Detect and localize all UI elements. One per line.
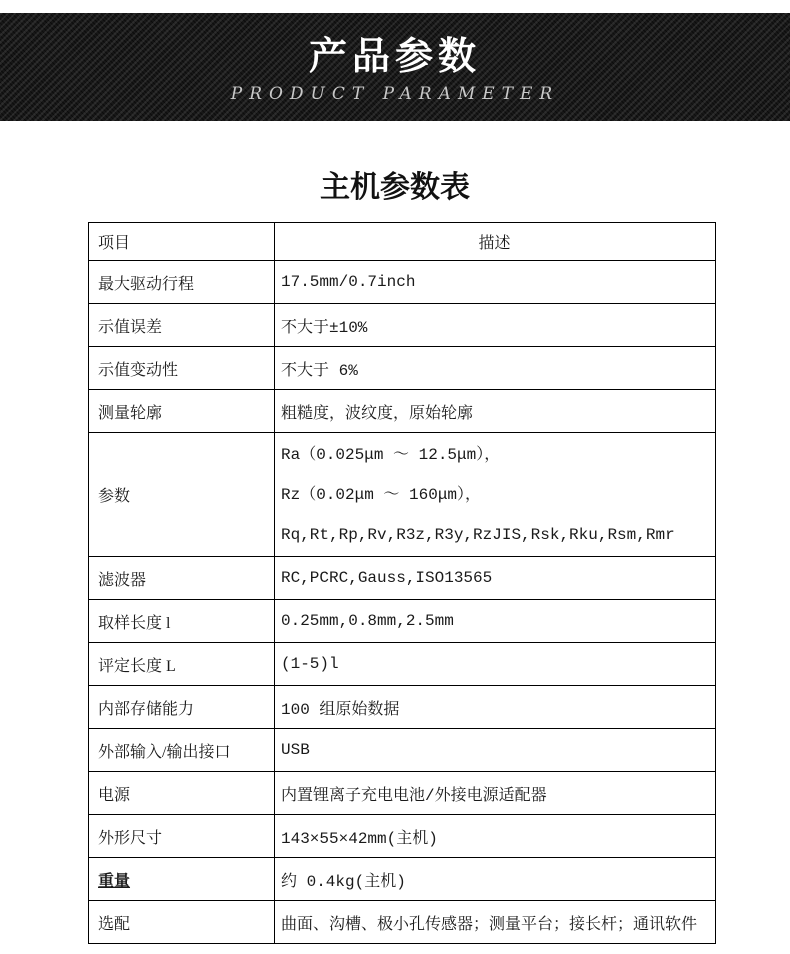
spec-item-cell: 评定长度 L [89, 643, 275, 686]
spec-desc-cell: USB [275, 729, 716, 772]
section-title: 主机参数表 [0, 170, 790, 206]
spec-item-cell: 参数 [89, 433, 275, 557]
spec-item-cell: 重量 [89, 858, 275, 901]
parameter-line: Rz（0.02μm ～ 160μm）， [281, 475, 714, 515]
parameter-line: Rq,Rt,Rp,Rv,R3z,R3y,RzJIS,Rsk,Rku,Rsm,Rm… [281, 515, 714, 555]
table-row: 内部存储能力 100 组原始数据 [89, 686, 716, 729]
spec-table: 项目 描述 最大驱动行程 17.5mm/0.7inch 示值误差 不大于±10%… [88, 222, 716, 944]
table-row: 外形尺寸 143×55×42mm(主机) [89, 815, 716, 858]
spec-item-cell: 测量轮廓 [89, 390, 275, 433]
spec-desc-cell: Ra（0.025μm ～ 12.5μm）， Rz（0.02μm ～ 160μm）… [275, 433, 716, 557]
table-row: 示值变动性 不大于 6% [89, 347, 716, 390]
spec-item-cell: 内部存储能力 [89, 686, 275, 729]
table-row: 测量轮廓 粗糙度，波纹度，原始轮廓 [89, 390, 716, 433]
table-row: 取样长度 l 0.25mm,0.8mm,2.5mm [89, 600, 716, 643]
spec-desc-cell: 内置锂离子充电电池/外接电源适配器 [275, 772, 716, 815]
spec-desc-cell: 100 组原始数据 [275, 686, 716, 729]
weight-label: 重量 [98, 873, 130, 890]
spec-desc-cell: 约 0.4kg(主机) [275, 858, 716, 901]
spec-item-cell: 外形尺寸 [89, 815, 275, 858]
parameter-line: Ra（0.025μm ～ 12.5μm）， [281, 435, 714, 475]
table-row: 评定长度 L (1-5)l [89, 643, 716, 686]
spec-item-cell: 电源 [89, 772, 275, 815]
spec-item-cell: 选配 [89, 901, 275, 944]
table-row: 选配 曲面、沟槽、极小孔传感器；测量平台；接长杆；通讯软件 [89, 901, 716, 944]
spec-desc-cell: 不大于 6% [275, 347, 716, 390]
spec-desc-cell: 143×55×42mm(主机) [275, 815, 716, 858]
column-header-item: 项目 [89, 223, 275, 261]
spec-desc-cell: 17.5mm/0.7inch [275, 261, 716, 304]
spec-desc-cell: 0.25mm,0.8mm,2.5mm [275, 600, 716, 643]
banner: 产品参数 PRODUCT PARAMETER [0, 13, 790, 121]
spec-item-cell: 示值误差 [89, 304, 275, 347]
table-row: 外部输入/输出接口 USB [89, 729, 716, 772]
banner-title: 产品参数 [0, 13, 790, 80]
spec-desc-cell: 曲面、沟槽、极小孔传感器；测量平台；接长杆；通讯软件 [275, 901, 716, 944]
table-row: 滤波器 RC,PCRC,Gauss,ISO13565 [89, 557, 716, 600]
table-row: 示值误差 不大于±10% [89, 304, 716, 347]
table-row: 最大驱动行程 17.5mm/0.7inch [89, 261, 716, 304]
spec-item-cell: 滤波器 [89, 557, 275, 600]
spec-desc-cell: 粗糙度，波纹度，原始轮廓 [275, 390, 716, 433]
spec-desc-cell: RC,PCRC,Gauss,ISO13565 [275, 557, 716, 600]
table-row-parameters: 参数 Ra（0.025μm ～ 12.5μm）， Rz（0.02μm ～ 160… [89, 433, 716, 557]
spec-item-cell: 示值变动性 [89, 347, 275, 390]
spec-desc-cell: 不大于±10% [275, 304, 716, 347]
table-header-row: 项目 描述 [89, 223, 716, 261]
spec-item-cell: 外部输入/输出接口 [89, 729, 275, 772]
spec-desc-cell: (1-5)l [275, 643, 716, 686]
table-row: 电源 内置锂离子充电电池/外接电源适配器 [89, 772, 716, 815]
table-row: 重量 约 0.4kg(主机) [89, 858, 716, 901]
column-header-desc: 描述 [275, 223, 716, 261]
spec-item-cell: 取样长度 l [89, 600, 275, 643]
spec-item-cell: 最大驱动行程 [89, 261, 275, 304]
product-parameter-page: 产品参数 PRODUCT PARAMETER 主机参数表 项目 描述 最大驱动行… [0, 0, 790, 954]
banner-subtitle: PRODUCT PARAMETER [0, 83, 790, 105]
